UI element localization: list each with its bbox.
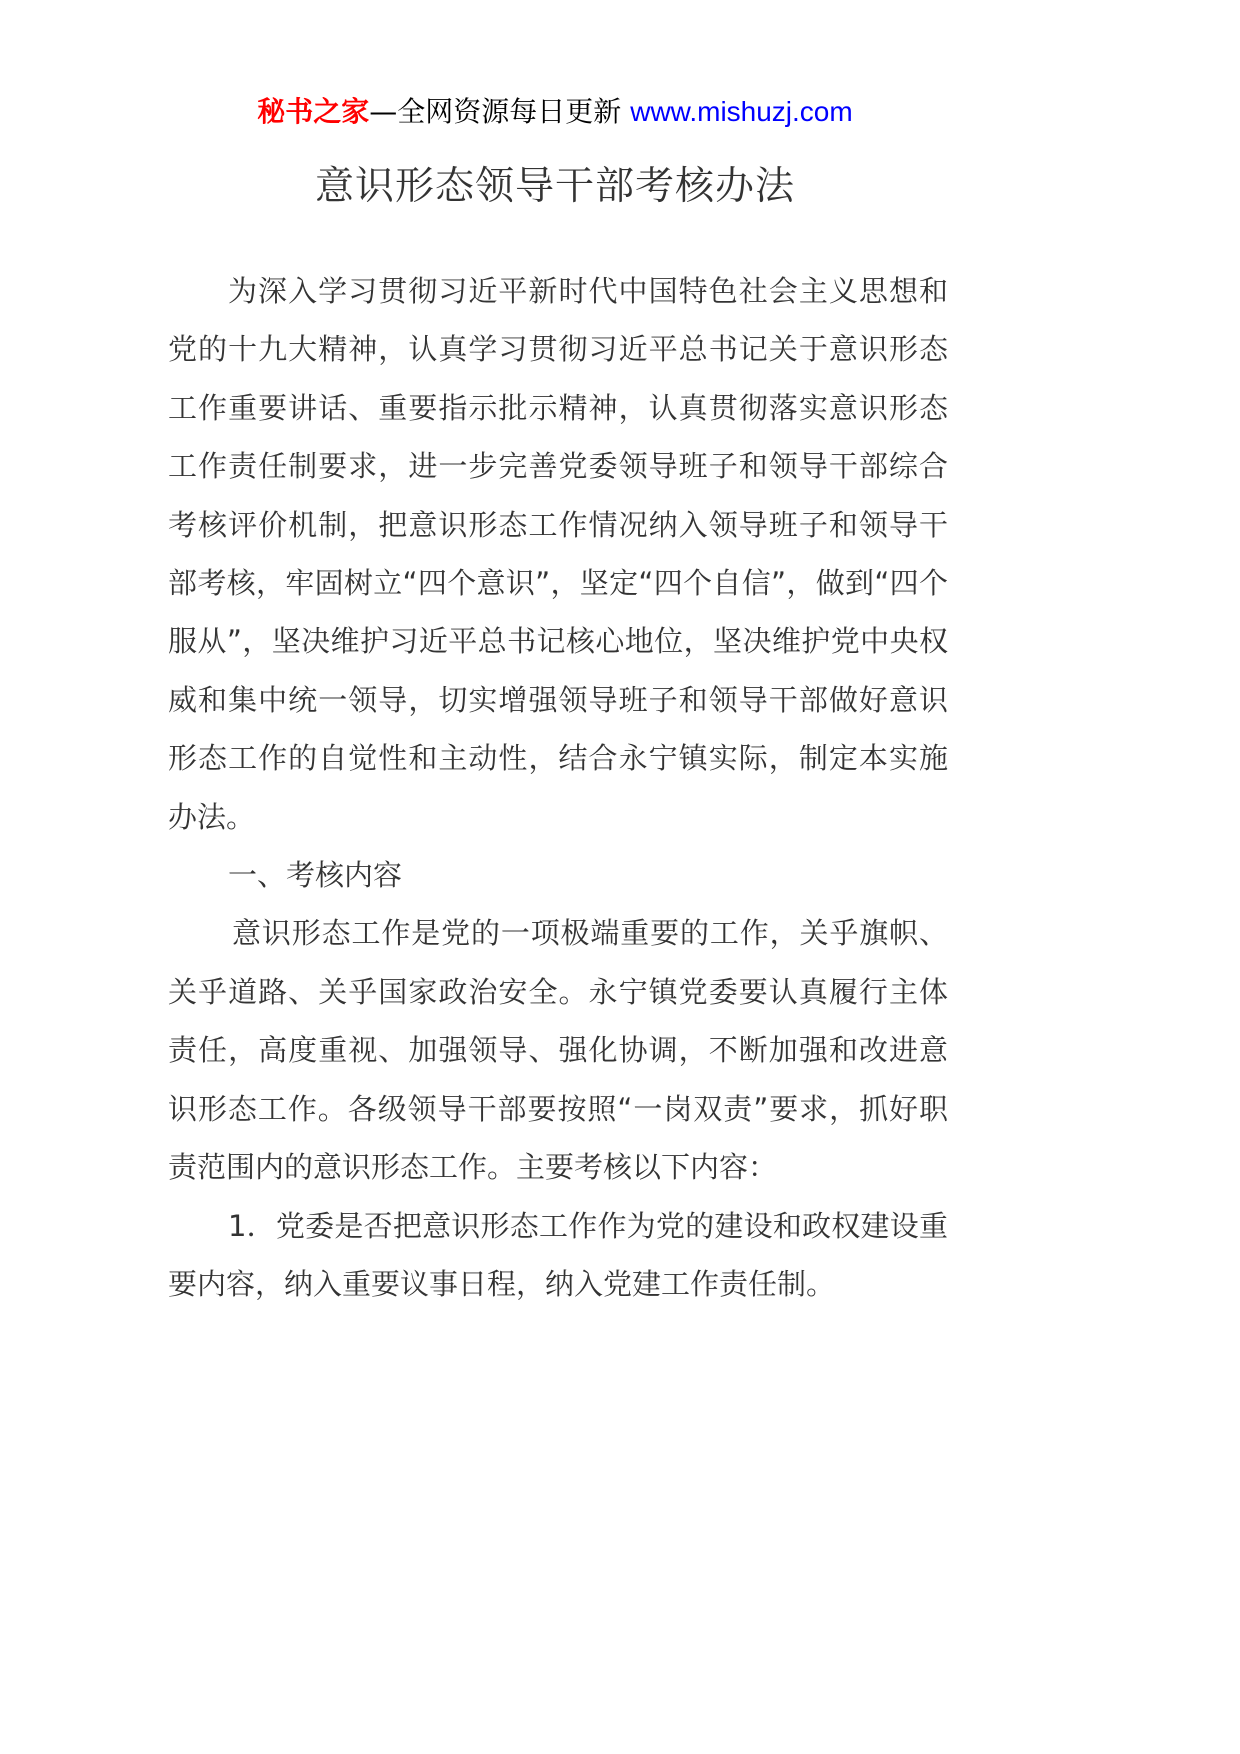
banner-tagline: —全网资源每日更新 xyxy=(369,95,621,128)
site-banner: 秘书之家—全网资源每日更新 www.mishuzj.com xyxy=(0,92,1110,132)
document-title: 意识形态领导干部考核办法 xyxy=(0,162,1110,212)
assessment-item-1: 1．党委是否把意识形态工作作为党的建设和政权建设重要内容，纳入重要议事日程，纳入… xyxy=(168,1197,948,1314)
document-body: 为深入学习贯彻习近平新时代中国特色社会主义思想和党的十九大精神，认真学习贯彻习近… xyxy=(168,262,948,1313)
intro-paragraph: 为深入学习贯彻习近平新时代中国特色社会主义思想和党的十九大精神，认真学习贯彻习近… xyxy=(168,262,948,846)
section-heading-assessment-content: 一、考核内容 xyxy=(168,846,948,904)
banner-url-link[interactable]: www.mishuzj.com xyxy=(630,96,852,127)
assessment-content-paragraph: 意识形态工作是党的一项极端重要的工作，关乎旗帜、关乎道路、关乎国家政治安全。永宁… xyxy=(168,904,948,1196)
banner-brand: 秘书之家 xyxy=(257,95,369,128)
